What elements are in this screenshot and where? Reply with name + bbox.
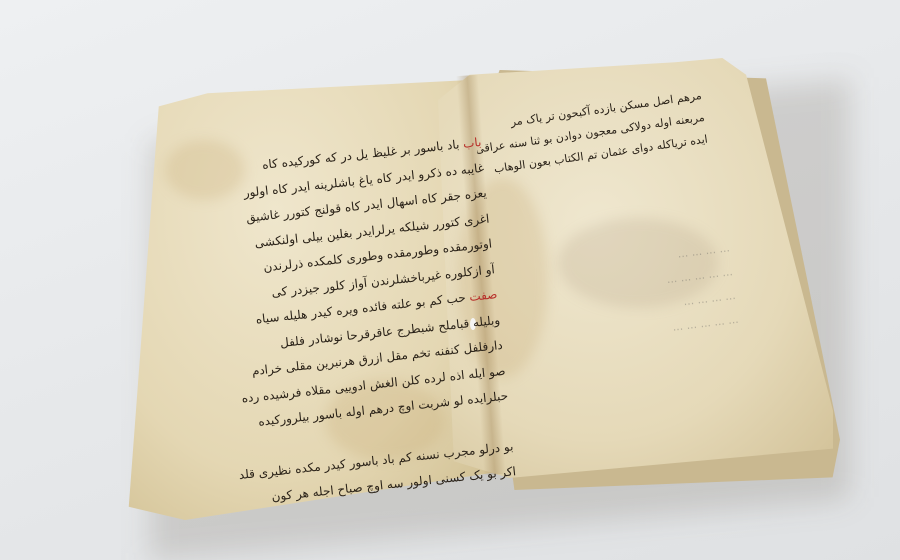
photo-scene: باب باد باسور بر غلیظ یل در که کورکیده ک…	[0, 0, 900, 560]
left-page-text: باب باد باسور بر غلیظ یل در که کورکیده ک…	[197, 130, 518, 514]
rubric-section: صفت	[469, 287, 498, 304]
